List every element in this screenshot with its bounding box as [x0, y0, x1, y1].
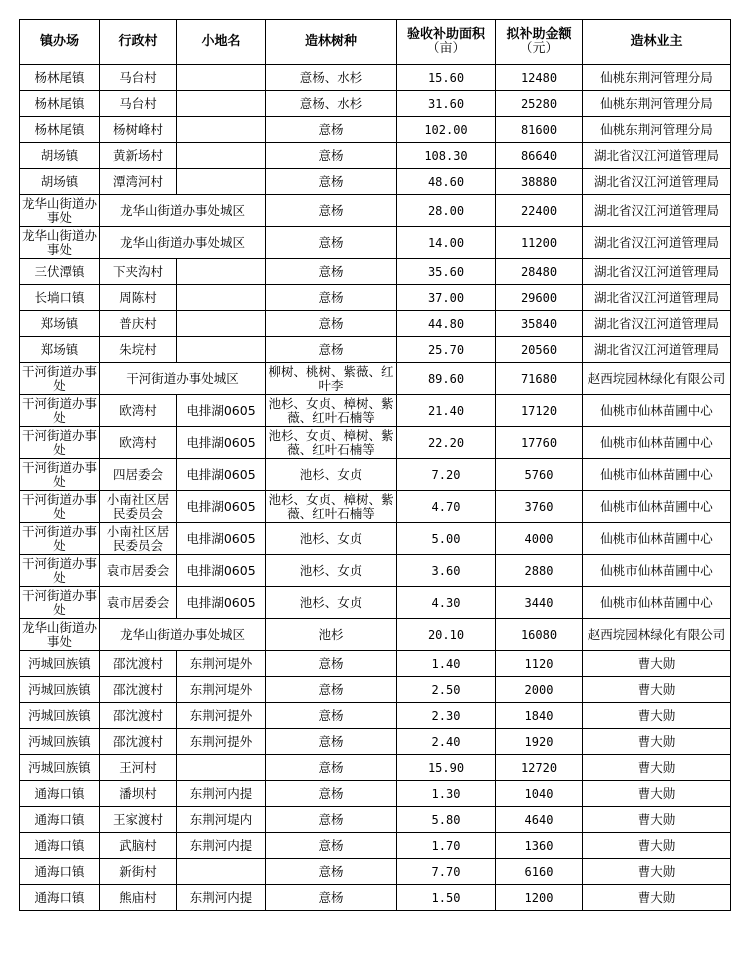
cell-amount: 1840 [496, 703, 583, 729]
cell-species: 意杨 [266, 703, 397, 729]
cell-owner: 仙桃市仙林苗圃中心 [583, 427, 731, 459]
cell-village: 普庆村 [100, 311, 177, 337]
cell-area: 2.30 [397, 703, 496, 729]
cell-village: 邵沈渡村 [100, 651, 177, 677]
cell-area: 3.60 [397, 555, 496, 587]
cell-area: 102.00 [397, 117, 496, 143]
cell-village: 马台村 [100, 65, 177, 91]
cell-place [177, 65, 266, 91]
cell-town: 干河街道办事处 [20, 427, 100, 459]
cell-village: 四居委会 [100, 459, 177, 491]
cell-village: 熊庙村 [100, 885, 177, 911]
cell-species: 意杨、水杉 [266, 91, 397, 117]
cell-town: 干河街道办事处 [20, 363, 100, 395]
table-row: 长埫口镇周陈村意杨37.0029600湖北省汉江河道管理局 [20, 285, 731, 311]
cell-town: 沔城回族镇 [20, 755, 100, 781]
cell-amount: 4000 [496, 523, 583, 555]
cell-owner: 仙桃市仙林苗圃中心 [583, 491, 731, 523]
cell-place: 电排湖0605 [177, 427, 266, 459]
cell-species: 池杉、女贞 [266, 459, 397, 491]
cell-town: 通海口镇 [20, 885, 100, 911]
cell-place [177, 169, 266, 195]
cell-species: 柳树、桃树、紫薇、红叶李 [266, 363, 397, 395]
table-row: 沔城回族镇王河村意杨15.9012720曹大勋 [20, 755, 731, 781]
cell-town: 通海口镇 [20, 859, 100, 885]
cell-area: 1.30 [397, 781, 496, 807]
cell-area: 21.40 [397, 395, 496, 427]
cell-amount: 1040 [496, 781, 583, 807]
table-row: 干河街道办事处干河街道办事处城区柳树、桃树、紫薇、红叶李89.6071680赵西… [20, 363, 731, 395]
cell-amount: 81600 [496, 117, 583, 143]
cell-place: 东荆河堤内 [177, 807, 266, 833]
cell-amount: 29600 [496, 285, 583, 311]
table-row: 通海口镇武脑村东荆河内提意杨1.701360曹大勋 [20, 833, 731, 859]
cell-amount: 11200 [496, 227, 583, 259]
cell-species: 意杨 [266, 227, 397, 259]
cell-amount: 38880 [496, 169, 583, 195]
cell-species: 意杨 [266, 885, 397, 911]
cell-amount: 12480 [496, 65, 583, 91]
cell-town: 沔城回族镇 [20, 677, 100, 703]
table-row: 杨林尾镇马台村意杨、水杉31.6025280仙桃东荆河管理分局 [20, 91, 731, 117]
cell-owner: 仙桃东荆河管理分局 [583, 91, 731, 117]
cell-amount: 1360 [496, 833, 583, 859]
cell-village: 小南社区居民委员会 [100, 523, 177, 555]
cell-amount: 12720 [496, 755, 583, 781]
cell-area: 22.20 [397, 427, 496, 459]
cell-place: 电排湖0605 [177, 587, 266, 619]
cell-place [177, 755, 266, 781]
cell-species: 意杨 [266, 169, 397, 195]
header-area-unit: （亩） [398, 42, 494, 56]
cell-town: 干河街道办事处 [20, 395, 100, 427]
cell-amount: 17120 [496, 395, 583, 427]
cell-species: 意杨 [266, 833, 397, 859]
cell-place: 东荆河内提 [177, 781, 266, 807]
cell-area: 15.60 [397, 65, 496, 91]
cell-village: 武脑村 [100, 833, 177, 859]
cell-amount: 2880 [496, 555, 583, 587]
cell-town: 杨林尾镇 [20, 117, 100, 143]
cell-village: 邵沈渡村 [100, 677, 177, 703]
cell-species: 意杨 [266, 143, 397, 169]
cell-village: 潘坝村 [100, 781, 177, 807]
cell-species: 意杨 [266, 807, 397, 833]
cell-owner: 湖北省汉江河道管理局 [583, 195, 731, 227]
cell-town: 郑场镇 [20, 311, 100, 337]
cell-area: 28.00 [397, 195, 496, 227]
cell-species: 池杉、女贞 [266, 587, 397, 619]
cell-place: 东荆河堤外 [177, 677, 266, 703]
cell-area: 48.60 [397, 169, 496, 195]
header-amount: 拟补助金额（元） [496, 20, 583, 65]
cell-owner: 仙桃东荆河管理分局 [583, 65, 731, 91]
cell-amount: 2000 [496, 677, 583, 703]
cell-owner: 曹大勋 [583, 677, 731, 703]
cell-place: 电排湖0605 [177, 491, 266, 523]
cell-species: 意杨 [266, 117, 397, 143]
cell-town: 沔城回族镇 [20, 651, 100, 677]
table-row: 龙华山街道办事处龙华山街道办事处城区意杨14.0011200湖北省汉江河道管理局 [20, 227, 731, 259]
cell-place: 电排湖0605 [177, 523, 266, 555]
cell-village: 邵沈渡村 [100, 703, 177, 729]
cell-town: 干河街道办事处 [20, 459, 100, 491]
cell-place: 电排湖0605 [177, 459, 266, 491]
cell-village: 朱垸村 [100, 337, 177, 363]
cell-village: 邵沈渡村 [100, 729, 177, 755]
cell-village: 周陈村 [100, 285, 177, 311]
table-row: 胡场镇潭湾河村意杨48.6038880湖北省汉江河道管理局 [20, 169, 731, 195]
table-row: 干河街道办事处袁市居委会电排湖0605池杉、女贞4.303440仙桃市仙林苗圃中… [20, 587, 731, 619]
cell-owner: 曹大勋 [583, 859, 731, 885]
cell-place: 东荆河堤外 [177, 651, 266, 677]
cell-town: 龙华山街道办事处 [20, 195, 100, 227]
header-area: 验收补助面积（亩） [397, 20, 496, 65]
cell-amount: 4640 [496, 807, 583, 833]
table-row: 通海口镇新街村意杨7.706160曹大勋 [20, 859, 731, 885]
cell-owner: 曹大勋 [583, 833, 731, 859]
cell-town: 杨林尾镇 [20, 65, 100, 91]
cell-species: 意杨 [266, 755, 397, 781]
cell-owner: 曹大勋 [583, 703, 731, 729]
cell-owner: 仙桃市仙林苗圃中心 [583, 555, 731, 587]
cell-amount: 6160 [496, 859, 583, 885]
cell-owner: 仙桃市仙林苗圃中心 [583, 395, 731, 427]
cell-species: 池杉 [266, 619, 397, 651]
cell-area: 31.60 [397, 91, 496, 117]
cell-amount: 3760 [496, 491, 583, 523]
cell-village-merged: 干河街道办事处城区 [100, 363, 266, 395]
header-area-label: 验收补助面积 [407, 27, 485, 42]
cell-area: 7.70 [397, 859, 496, 885]
table-body: 杨林尾镇马台村意杨、水杉15.6012480仙桃东荆河管理分局杨林尾镇马台村意杨… [20, 65, 731, 911]
table-row: 干河街道办事处欧湾村电排湖0605池杉、女贞、樟树、紫薇、红叶石楠等22.201… [20, 427, 731, 459]
table-row: 龙华山街道办事处龙华山街道办事处城区池杉20.1016080赵西垸园林绿化有限公… [20, 619, 731, 651]
cell-town: 干河街道办事处 [20, 523, 100, 555]
cell-owner: 湖北省汉江河道管理局 [583, 227, 731, 259]
table-row: 杨林尾镇杨树峰村意杨102.0081600仙桃东荆河管理分局 [20, 117, 731, 143]
header-village: 行政村 [100, 20, 177, 65]
cell-village-merged: 龙华山街道办事处城区 [100, 227, 266, 259]
cell-amount: 25280 [496, 91, 583, 117]
cell-village: 王家渡村 [100, 807, 177, 833]
cell-village: 小南社区居民委员会 [100, 491, 177, 523]
cell-owner: 曹大勋 [583, 807, 731, 833]
cell-town: 通海口镇 [20, 833, 100, 859]
header-species: 造林树种 [266, 20, 397, 65]
cell-town: 通海口镇 [20, 807, 100, 833]
cell-village: 黄新场村 [100, 143, 177, 169]
cell-place [177, 91, 266, 117]
cell-village-merged: 龙华山街道办事处城区 [100, 195, 266, 227]
cell-species: 意杨 [266, 859, 397, 885]
cell-place: 电排湖0605 [177, 395, 266, 427]
cell-owner: 赵西垸园林绿化有限公司 [583, 619, 731, 651]
cell-area: 20.10 [397, 619, 496, 651]
cell-town: 长埫口镇 [20, 285, 100, 311]
cell-village: 王河村 [100, 755, 177, 781]
cell-place [177, 259, 266, 285]
header-amount-label: 拟补助金额 [506, 27, 571, 42]
table-row: 干河街道办事处袁市居委会电排湖0605池杉、女贞3.602880仙桃市仙林苗圃中… [20, 555, 731, 587]
cell-town: 干河街道办事处 [20, 555, 100, 587]
cell-amount: 22400 [496, 195, 583, 227]
cell-species: 意杨 [266, 285, 397, 311]
table-row: 杨林尾镇马台村意杨、水杉15.6012480仙桃东荆河管理分局 [20, 65, 731, 91]
header-row: 镇办场 行政村 小地名 造林树种 验收补助面积（亩） 拟补助金额（元） 造林业主 [20, 20, 731, 65]
cell-species: 意杨、水杉 [266, 65, 397, 91]
cell-town: 干河街道办事处 [20, 491, 100, 523]
cell-owner: 仙桃市仙林苗圃中心 [583, 459, 731, 491]
cell-town: 通海口镇 [20, 781, 100, 807]
afforestation-subsidy-table: 镇办场 行政村 小地名 造林树种 验收补助面积（亩） 拟补助金额（元） 造林业主… [19, 19, 731, 911]
cell-owner: 湖北省汉江河道管理局 [583, 285, 731, 311]
cell-amount: 16080 [496, 619, 583, 651]
table-row: 胡场镇黄新场村意杨108.3086640湖北省汉江河道管理局 [20, 143, 731, 169]
cell-town: 干河街道办事处 [20, 587, 100, 619]
cell-area: 4.70 [397, 491, 496, 523]
table-row: 三伏潭镇下夹沟村意杨35.6028480湖北省汉江河道管理局 [20, 259, 731, 285]
cell-place [177, 311, 266, 337]
cell-village: 下夹沟村 [100, 259, 177, 285]
cell-amount: 1120 [496, 651, 583, 677]
table-row: 郑场镇普庆村意杨44.8035840湖北省汉江河道管理局 [20, 311, 731, 337]
table-row: 通海口镇潘坝村东荆河内提意杨1.301040曹大勋 [20, 781, 731, 807]
table-row: 龙华山街道办事处龙华山街道办事处城区意杨28.0022400湖北省汉江河道管理局 [20, 195, 731, 227]
cell-amount: 35840 [496, 311, 583, 337]
cell-village: 马台村 [100, 91, 177, 117]
cell-area: 2.50 [397, 677, 496, 703]
cell-place: 东荆河提外 [177, 703, 266, 729]
cell-area: 37.00 [397, 285, 496, 311]
cell-area: 15.90 [397, 755, 496, 781]
cell-area: 4.30 [397, 587, 496, 619]
cell-town: 胡场镇 [20, 169, 100, 195]
cell-owner: 曹大勋 [583, 781, 731, 807]
cell-town: 龙华山街道办事处 [20, 227, 100, 259]
cell-owner: 仙桃市仙林苗圃中心 [583, 523, 731, 555]
cell-place: 东荆河内提 [177, 885, 266, 911]
cell-village: 袁市居委会 [100, 555, 177, 587]
table-row: 干河街道办事处欧湾村电排湖0605池杉、女贞、樟树、紫薇、红叶石楠等21.401… [20, 395, 731, 427]
cell-owner: 曹大勋 [583, 885, 731, 911]
cell-town: 沔城回族镇 [20, 703, 100, 729]
cell-species: 意杨 [266, 259, 397, 285]
cell-owner: 仙桃市仙林苗圃中心 [583, 587, 731, 619]
cell-village: 欧湾村 [100, 427, 177, 459]
table-row: 通海口镇熊庙村东荆河内提意杨1.501200曹大勋 [20, 885, 731, 911]
cell-area: 35.60 [397, 259, 496, 285]
cell-amount: 17760 [496, 427, 583, 459]
cell-area: 7.20 [397, 459, 496, 491]
cell-amount: 1200 [496, 885, 583, 911]
cell-species: 池杉、女贞、樟树、紫薇、红叶石楠等 [266, 427, 397, 459]
cell-village: 潭湾河村 [100, 169, 177, 195]
cell-village-merged: 龙华山街道办事处城区 [100, 619, 266, 651]
cell-place: 电排湖0605 [177, 555, 266, 587]
cell-town: 郑场镇 [20, 337, 100, 363]
cell-species: 意杨 [266, 677, 397, 703]
cell-owner: 湖北省汉江河道管理局 [583, 311, 731, 337]
cell-village: 杨树峰村 [100, 117, 177, 143]
table-row: 郑场镇朱垸村意杨25.7020560湖北省汉江河道管理局 [20, 337, 731, 363]
cell-place [177, 337, 266, 363]
cell-town: 龙华山街道办事处 [20, 619, 100, 651]
cell-species: 池杉、女贞 [266, 523, 397, 555]
cell-species: 池杉、女贞、樟树、紫薇、红叶石楠等 [266, 491, 397, 523]
cell-owner: 曹大勋 [583, 729, 731, 755]
cell-amount: 5760 [496, 459, 583, 491]
cell-species: 意杨 [266, 729, 397, 755]
cell-area: 1.70 [397, 833, 496, 859]
cell-place: 东荆河提外 [177, 729, 266, 755]
cell-amount: 20560 [496, 337, 583, 363]
cell-town: 胡场镇 [20, 143, 100, 169]
cell-area: 2.40 [397, 729, 496, 755]
cell-town: 三伏潭镇 [20, 259, 100, 285]
cell-species: 池杉、女贞、樟树、紫薇、红叶石楠等 [266, 395, 397, 427]
cell-amount: 28480 [496, 259, 583, 285]
table-row: 沔城回族镇邵沈渡村东荆河提外意杨2.401920曹大勋 [20, 729, 731, 755]
cell-place [177, 859, 266, 885]
cell-owner: 湖北省汉江河道管理局 [583, 337, 731, 363]
table-row: 干河街道办事处小南社区居民委员会电排湖0605池杉、女贞5.004000仙桃市仙… [20, 523, 731, 555]
cell-owner: 曹大勋 [583, 755, 731, 781]
table-row: 沔城回族镇邵沈渡村东荆河提外意杨2.301840曹大勋 [20, 703, 731, 729]
cell-area: 5.00 [397, 523, 496, 555]
cell-area: 108.30 [397, 143, 496, 169]
cell-area: 1.40 [397, 651, 496, 677]
header-town: 镇办场 [20, 20, 100, 65]
cell-owner: 湖北省汉江河道管理局 [583, 169, 731, 195]
cell-area: 89.60 [397, 363, 496, 395]
cell-amount: 71680 [496, 363, 583, 395]
cell-species: 意杨 [266, 311, 397, 337]
cell-owner: 湖北省汉江河道管理局 [583, 143, 731, 169]
cell-place [177, 143, 266, 169]
cell-village: 欧湾村 [100, 395, 177, 427]
cell-owner: 曹大勋 [583, 651, 731, 677]
cell-area: 25.70 [397, 337, 496, 363]
table-row: 沔城回族镇邵沈渡村东荆河堤外意杨2.502000曹大勋 [20, 677, 731, 703]
cell-area: 5.80 [397, 807, 496, 833]
cell-area: 1.50 [397, 885, 496, 911]
cell-species: 池杉、女贞 [266, 555, 397, 587]
cell-town: 沔城回族镇 [20, 729, 100, 755]
cell-species: 意杨 [266, 195, 397, 227]
cell-village: 袁市居委会 [100, 587, 177, 619]
header-place: 小地名 [177, 20, 266, 65]
header-owner: 造林业主 [583, 20, 731, 65]
table-row: 通海口镇王家渡村东荆河堤内意杨5.804640曹大勋 [20, 807, 731, 833]
cell-species: 意杨 [266, 651, 397, 677]
cell-owner: 湖北省汉江河道管理局 [583, 259, 731, 285]
cell-owner: 仙桃东荆河管理分局 [583, 117, 731, 143]
cell-species: 意杨 [266, 337, 397, 363]
cell-area: 14.00 [397, 227, 496, 259]
cell-area: 44.80 [397, 311, 496, 337]
header-amount-unit: （元） [497, 42, 581, 56]
cell-species: 意杨 [266, 781, 397, 807]
table-row: 干河街道办事处小南社区居民委员会电排湖0605池杉、女贞、樟树、紫薇、红叶石楠等… [20, 491, 731, 523]
cell-place [177, 117, 266, 143]
cell-owner: 赵西垸园林绿化有限公司 [583, 363, 731, 395]
cell-village: 新街村 [100, 859, 177, 885]
cell-place: 东荆河内提 [177, 833, 266, 859]
cell-place [177, 285, 266, 311]
table-row: 干河街道办事处四居委会电排湖0605池杉、女贞7.205760仙桃市仙林苗圃中心 [20, 459, 731, 491]
cell-amount: 86640 [496, 143, 583, 169]
cell-amount: 3440 [496, 587, 583, 619]
table-row: 沔城回族镇邵沈渡村东荆河堤外意杨1.401120曹大勋 [20, 651, 731, 677]
cell-amount: 1920 [496, 729, 583, 755]
cell-town: 杨林尾镇 [20, 91, 100, 117]
